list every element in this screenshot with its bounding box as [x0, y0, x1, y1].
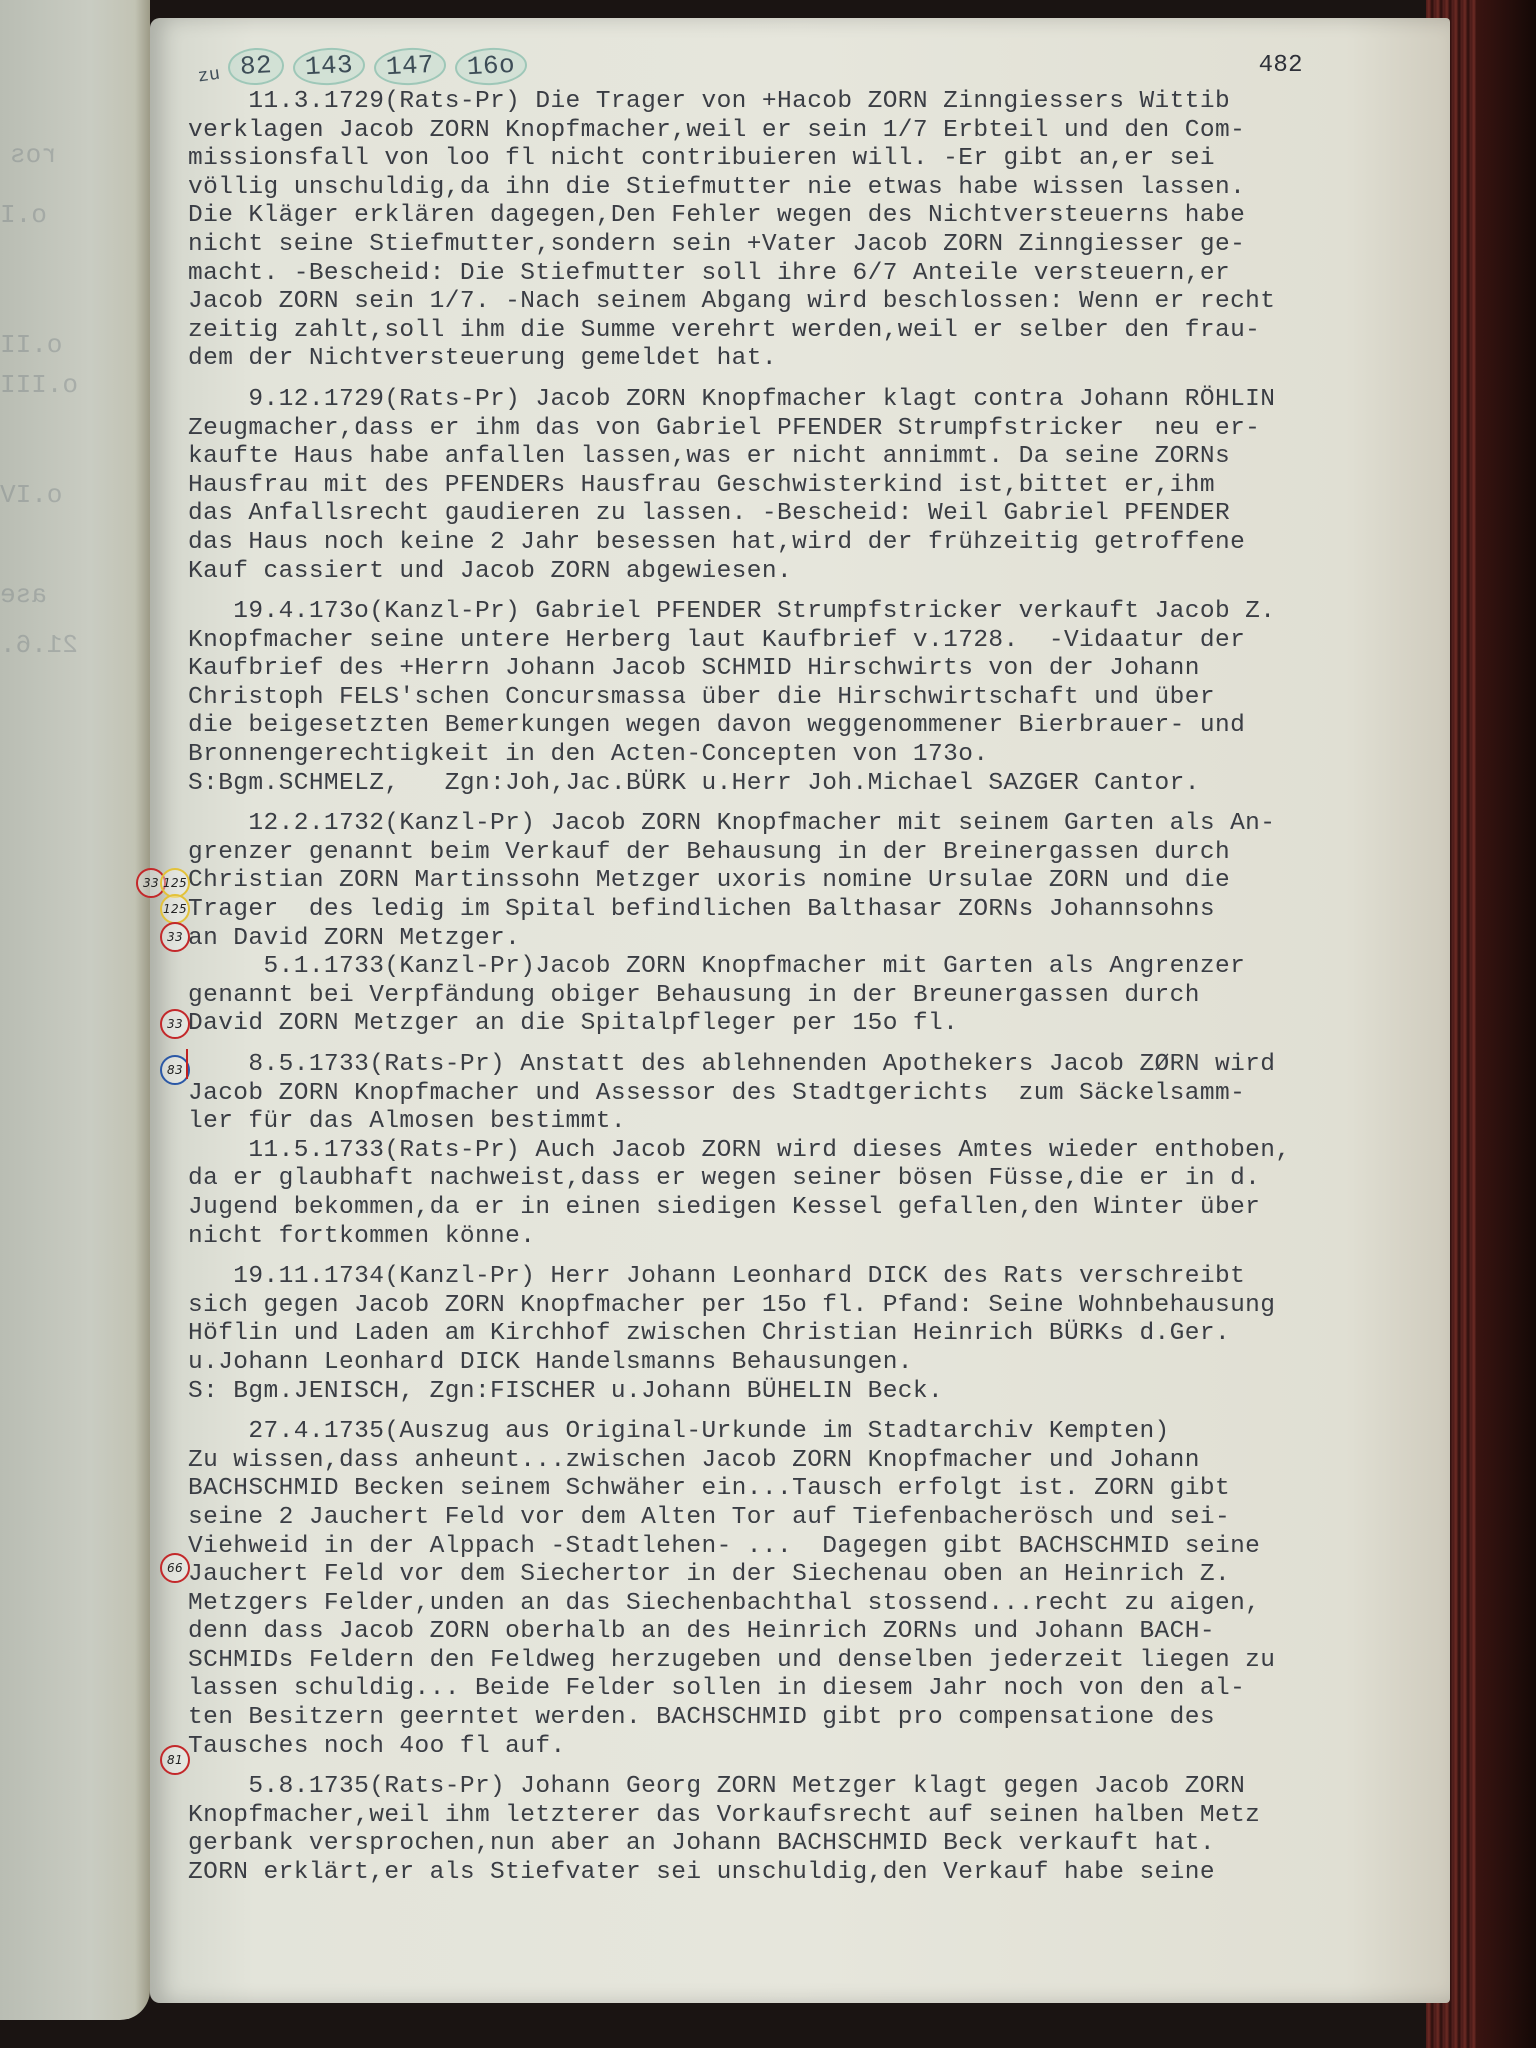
text-line: Hausfrau mit des PFENDERs Hausfrau Gesch…: [188, 472, 1433, 501]
text-line: Metzgers Felder,unden an das Siechenbach…: [188, 1590, 1433, 1619]
reference-number: 16o: [454, 46, 528, 86]
page-content: zu 82 143 147 16o 482 11.3.1729(Rats-Pr)…: [188, 48, 1433, 1900]
facing-page: ros o.I o.II o.III o.IV ase 21.6.: [0, 0, 150, 2020]
facing-page-text: ase: [0, 580, 47, 610]
text-line: ler für das Almosen bestimmt.: [188, 1108, 1433, 1137]
red-margin-tick: [186, 1049, 188, 1079]
text-line: missionsfall von loo fl nicht contribuie…: [188, 145, 1433, 174]
text-line: 5.8.1735(Rats-Pr) Johann Georg ZORN Metz…: [188, 1773, 1433, 1802]
text-line: kaufte Haus habe anfallen lassen,was er …: [188, 443, 1433, 472]
circled-annotation: 33: [160, 922, 190, 952]
text-line: David ZORN Metzger an die Spitalpfleger …: [188, 1010, 1433, 1039]
text-line: grenzer genannt beim Verkauf der Behausu…: [188, 839, 1433, 868]
text-line: Viehweid in der Alppach -Stadtlehen- ...…: [188, 1533, 1433, 1562]
text-line: Bronnengerechtigkeit in den Acten-Concep…: [188, 741, 1433, 770]
facing-page-text: 21.6.: [0, 630, 78, 660]
text-line: Knopfmacher,weil ihm letzterer das Vorka…: [188, 1802, 1433, 1831]
text-line: 19.4.173o(Kanzl-Pr) Gabriel PFENDER Stru…: [188, 598, 1433, 627]
circled-annotation: 125: [160, 894, 190, 924]
cross-reference: zu 82 143 147 16o 482: [188, 48, 1433, 88]
text-line: an David ZORN Metzger.: [188, 925, 1433, 954]
document-page: zu 82 143 147 16o 482 11.3.1729(Rats-Pr)…: [150, 18, 1450, 2003]
text-line: denn dass Jacob ZORN oberhalb an des Hei…: [188, 1618, 1433, 1647]
text-line: da er glaubhaft nachweist,dass er wegen …: [188, 1165, 1433, 1194]
text-line: das Haus noch keine 2 Jahr besessen hat,…: [188, 529, 1433, 558]
text-line: Jauchert Feld vor dem Siechertor in der …: [188, 1561, 1433, 1590]
entry-1729-12-09: 9.12.1729(Rats-Pr) Jacob ZORN Knopfmache…: [188, 386, 1433, 586]
text-line: Höflin und Laden am Kirchhof zwischen Ch…: [188, 1320, 1433, 1349]
entry-1733-05-08: 8.5.1733(Rats-Pr) Anstatt des ablehnende…: [188, 1051, 1433, 1137]
text-line: nicht fortkommen könne.: [188, 1223, 1433, 1252]
text-line: u.Johann Leonhard DICK Handelsmanns Beha…: [188, 1349, 1433, 1378]
reference-number: 82: [227, 47, 285, 86]
facing-page-text: o.III: [0, 370, 78, 400]
text-line: Knopfmacher seine untere Herberg laut Ka…: [188, 627, 1433, 656]
text-line: BACHSCHMID Becken seinem Schwäher ein...…: [188, 1475, 1433, 1504]
text-line: Trager des ledig im Spital befindlichen …: [188, 896, 1433, 925]
text-line: gerbank versprochen,nun aber an Johann B…: [188, 1830, 1433, 1859]
text-line: Christian ZORN Martinssohn Metzger uxori…: [188, 867, 1433, 896]
circled-annotation: 66: [160, 1553, 190, 1583]
text-line: das Anfallsrecht gaudieren zu lassen. -B…: [188, 500, 1433, 529]
entry-1735-08-05: 5.8.1735(Rats-Pr) Johann Georg ZORN Metz…: [188, 1773, 1433, 1887]
text-line: Kaufbrief des +Herrn Johann Jacob SCHMID…: [188, 655, 1433, 684]
text-line: ten Besitzern geerntet werden. BACHSCHMI…: [188, 1704, 1433, 1733]
text-line: Zu wissen,dass anheunt...zwischen Jacob …: [188, 1447, 1433, 1476]
entry-1733-05-11: 11.5.1733(Rats-Pr) Auch Jacob ZORN wird …: [188, 1137, 1433, 1251]
facing-page-text: o.IV: [0, 480, 62, 510]
text-line: Christoph FELS'schen Concursmassa über d…: [188, 684, 1433, 713]
text-line: Kauf cassiert und Jacob ZORN abgewiesen.: [188, 558, 1433, 587]
entries-list: 11.3.1729(Rats-Pr) Die Trager von +Hacob…: [188, 88, 1433, 1888]
text-line: Zeugmacher,dass er ihm das von Gabriel P…: [188, 415, 1433, 444]
text-line: Jugend bekommen,da er in einen siedigen …: [188, 1194, 1433, 1223]
text-line: Tausches noch 4oo fl auf.: [188, 1733, 1433, 1762]
text-line: S:Bgm.SCHMELZ, Zgn:Joh,Jac.BÜRK u.Herr J…: [188, 770, 1433, 799]
entry-1732-02-12: 12.2.1732(Kanzl-Pr) Jacob ZORN Knopfmach…: [188, 810, 1433, 953]
entry-1730-04-19: 19.4.173o(Kanzl-Pr) Gabriel PFENDER Stru…: [188, 598, 1433, 798]
facing-page-text: ros: [10, 140, 57, 170]
entry-1729-03-11: 11.3.1729(Rats-Pr) Die Trager von +Hacob…: [188, 88, 1433, 374]
circled-annotation: 81: [160, 1745, 190, 1775]
entry-1735-04-27: 27.4.1735(Auszug aus Original-Urkunde im…: [188, 1418, 1433, 1761]
text-line: dem der Nichtversteuerung gemeldet hat.: [188, 345, 1433, 374]
reference-number: 143: [292, 46, 366, 86]
text-line: verklagen Jacob ZORN Knopfmacher,weil er…: [188, 117, 1433, 146]
text-line: 11.3.1729(Rats-Pr) Die Trager von +Hacob…: [188, 88, 1433, 117]
text-line: sich gegen Jacob ZORN Knopfmacher per 15…: [188, 1292, 1433, 1321]
text-line: 27.4.1735(Auszug aus Original-Urkunde im…: [188, 1418, 1433, 1447]
text-line: lassen schuldig... Beide Felder sollen i…: [188, 1675, 1433, 1704]
facing-page-text: o.I: [0, 200, 47, 230]
text-line: zeitig zahlt,soll ihm die Summe verehrt …: [188, 317, 1433, 346]
text-line: SCHMIDs Feldern den Feldweg herzugeben u…: [188, 1647, 1433, 1676]
text-line: 12.2.1732(Kanzl-Pr) Jacob ZORN Knopfmach…: [188, 810, 1433, 839]
entry-1733-01-05: 5.1.1733(Kanzl-Pr)Jacob ZORN Knopfmacher…: [188, 953, 1433, 1039]
text-line: völlig unschuldig,da ihn die Stiefmutter…: [188, 174, 1433, 203]
circled-annotation: 33: [160, 1009, 190, 1039]
text-line: seine 2 Jauchert Feld vor dem Alten Tor …: [188, 1504, 1433, 1533]
text-line: Die Kläger erklären dagegen,Den Fehler w…: [188, 202, 1433, 231]
text-line: nicht seine Stiefmutter,sondern sein +Va…: [188, 231, 1433, 260]
text-line: 9.12.1729(Rats-Pr) Jacob ZORN Knopfmache…: [188, 386, 1433, 415]
text-line: die beigesetzten Bemerkungen wegen davon…: [188, 712, 1433, 741]
text-line: macht. -Bescheid: Die Stiefmutter soll i…: [188, 260, 1433, 289]
entry-1734-11-19: 19.11.1734(Kanzl-Pr) Herr Johann Leonhar…: [188, 1263, 1433, 1406]
text-line: 19.11.1734(Kanzl-Pr) Herr Johann Leonhar…: [188, 1263, 1433, 1292]
facing-page-text: o.II: [0, 330, 62, 360]
text-line: S: Bgm.JENISCH, Zgn:FISCHER u.Johann BÜH…: [188, 1378, 1433, 1407]
text-line: 8.5.1733(Rats-Pr) Anstatt des ablehnende…: [188, 1051, 1433, 1080]
cross-reference-numbers: 82 143 147 16o: [228, 48, 521, 85]
text-line: genannt bei Verpfändung obiger Behausung…: [188, 982, 1433, 1011]
text-line: ZORN erklärt,er als Stiefvater sei unsch…: [188, 1859, 1433, 1888]
text-line: Jacob ZORN sein 1/7. -Nach seinem Abgang…: [188, 288, 1433, 317]
text-line: 11.5.1733(Rats-Pr) Auch Jacob ZORN wird …: [188, 1137, 1433, 1166]
reference-number: 147: [373, 46, 447, 86]
text-line: 5.1.1733(Kanzl-Pr)Jacob ZORN Knopfmacher…: [188, 953, 1433, 982]
page-number: 482: [1259, 52, 1303, 81]
text-line: Jacob ZORN Knopfmacher und Assessor des …: [188, 1080, 1433, 1109]
